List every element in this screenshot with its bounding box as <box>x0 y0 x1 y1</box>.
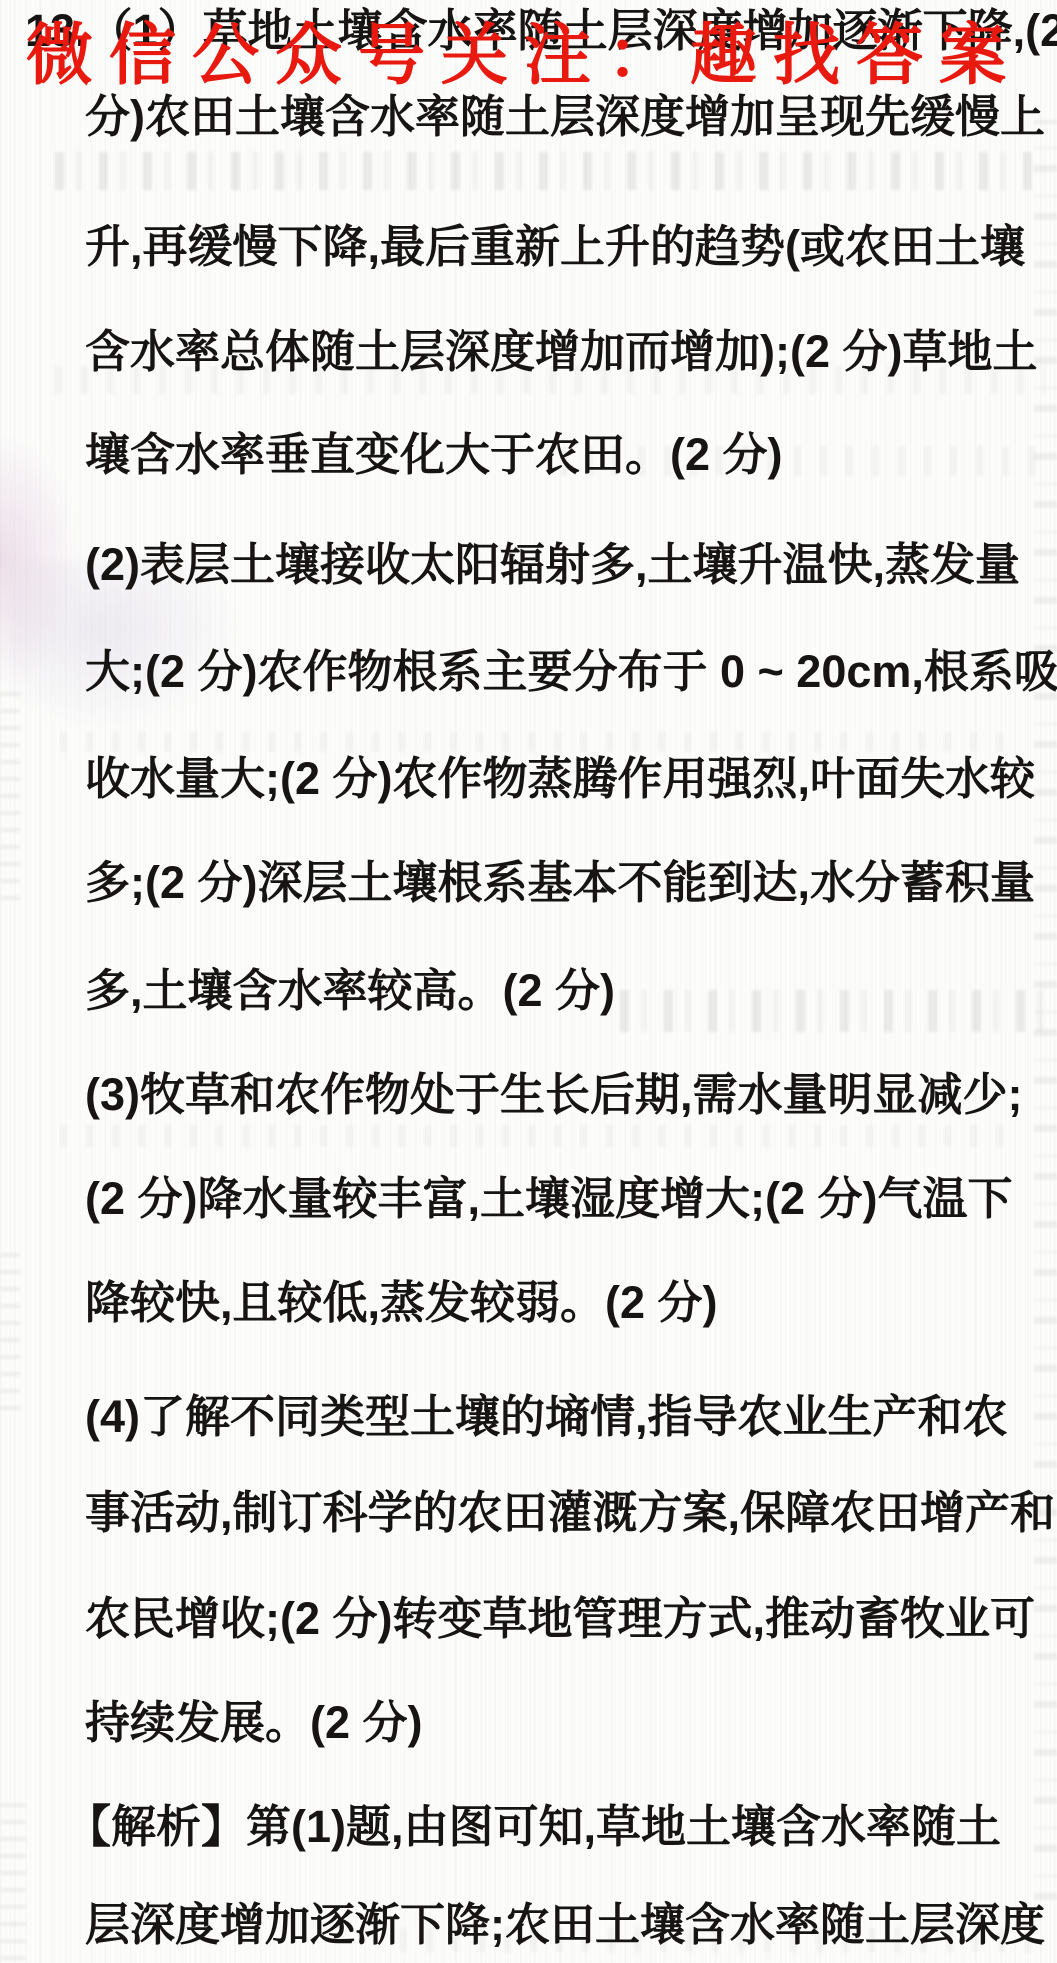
text-line-5: 壤含水率垂直变化大于农田。(2 分) <box>85 430 783 480</box>
text-line-13: 降较快,且较低,蒸发较弱。(2 分) <box>85 1278 718 1328</box>
text-line-2: 分)农田土壤含水率随土层深度增加呈现先缓慢上 <box>85 92 1045 142</box>
text-line-7: 大;(2 分)农作物根系主要分布于 0 ~ 20cm,根系吸 <box>85 647 1057 697</box>
text-line-14: (4)了解不同类型土壤的墒情,指导农业生产和农 <box>85 1392 1008 1442</box>
scanned-answer-page: 13.（1）草地土壤含水率随土层深度增加逐渐下降,(2分)农田土壤含水率随土层深… <box>0 0 1057 1963</box>
text-line-8: 收水量大;(2 分)农作物蒸腾作用强烈,叶面失水较 <box>85 754 1035 804</box>
text-line-17: 持续发展。(2 分) <box>85 1698 423 1748</box>
text-line-16: 农民增收;(2 分)转变草地管理方式,推动畜牧业可 <box>85 1594 1035 1644</box>
text-line-15: 事活动,制订科学的农田灌溉方案,保障农田增产和 <box>85 1488 1055 1538</box>
text-line-19: 层深度增加逐渐下降;农田土壤含水率随土层深度 <box>85 1900 1045 1950</box>
text-line-11: (3)牧草和农作物处于生长后期,需水量明显减少; <box>85 1070 1023 1120</box>
text-line-10: 多,土壤含水率较高。(2 分) <box>85 966 615 1016</box>
text-line-4: 含水率总体随土层深度增加而增加);(2 分)草地土 <box>85 327 1037 377</box>
answer-text: 13.（1）草地土壤含水率随土层深度增加逐渐下降,(2分)农田土壤含水率随土层深… <box>0 0 1057 1963</box>
text-line-9: 多;(2 分)深层土壤根系基本不能到达,水分蓄积量 <box>85 858 1035 908</box>
text-line-18: 【解析】第(1)题,由图可知,草地土壤含水率随土 <box>66 1802 1001 1852</box>
text-line-3: 升,再缓慢下降,最后重新上升的趋势(或农田土壤 <box>85 222 1025 272</box>
text-line-12: (2 分)降水量较丰富,土壤湿度增大;(2 分)气温下 <box>85 1174 1013 1224</box>
text-line-6: (2)表层土壤接收太阳辐射多,土壤升温快,蒸发量 <box>85 540 1020 590</box>
watermark-text: 微信公众号关注：趣找答案 <box>26 22 1022 89</box>
